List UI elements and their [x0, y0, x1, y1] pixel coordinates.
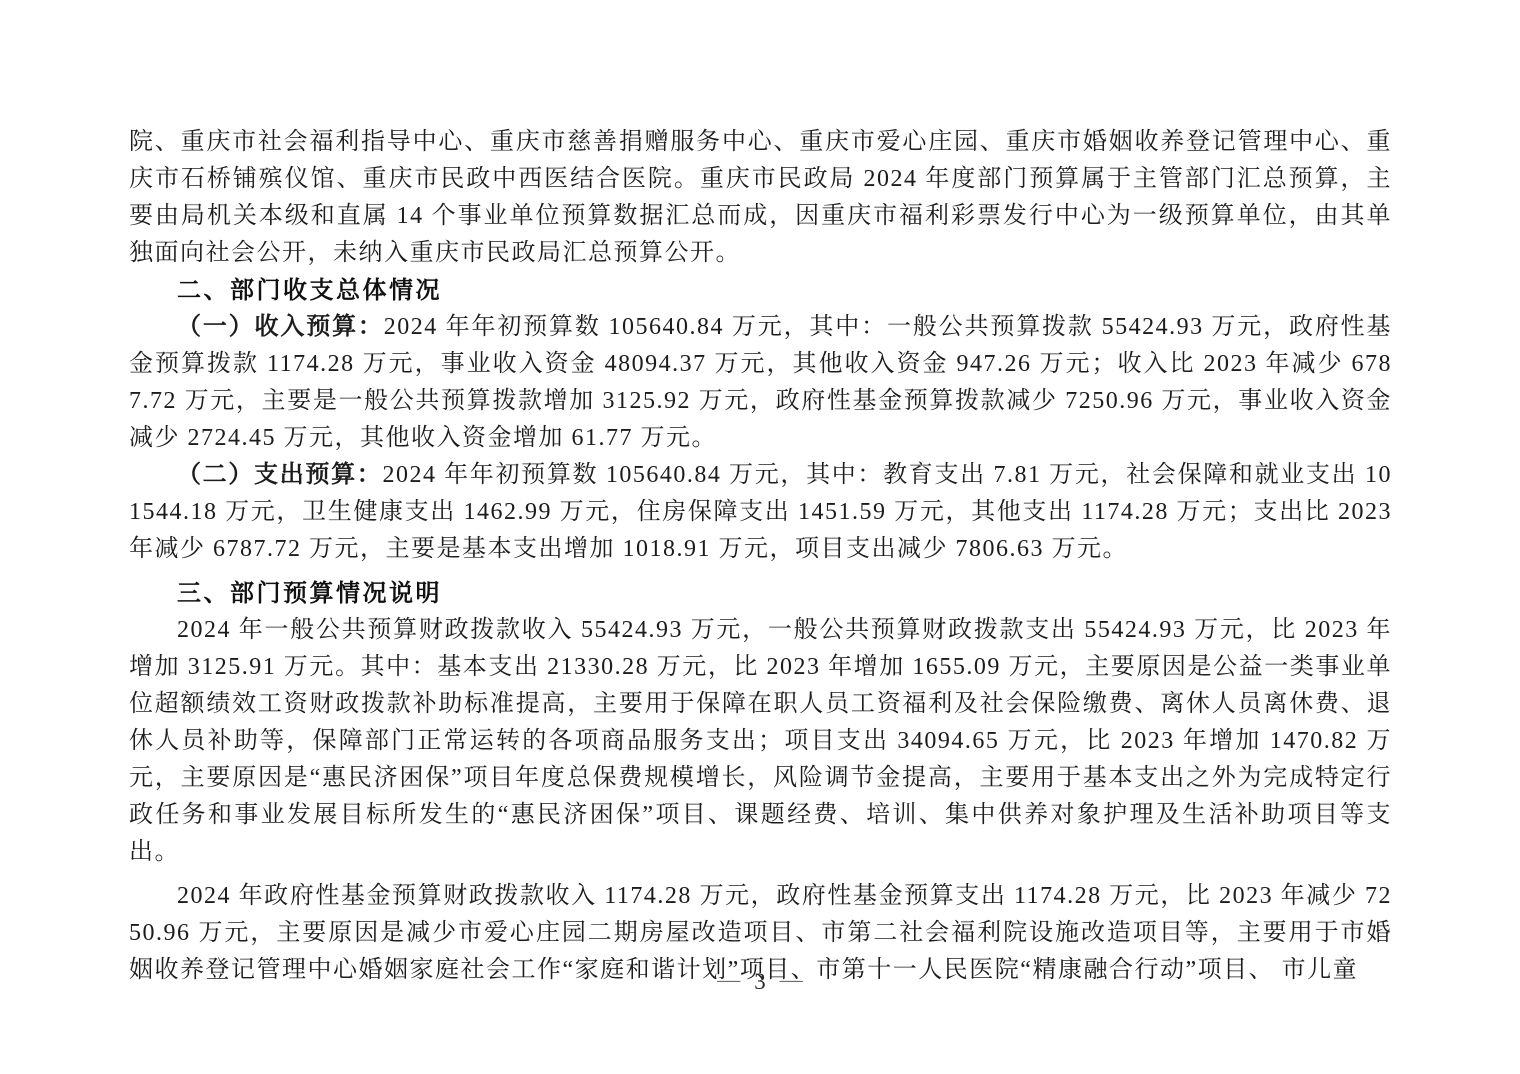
footer-right-dash: — [780, 967, 803, 992]
section-heading: 三、部门预算情况说明 [129, 575, 1392, 612]
paragraph: 院、重庆市社会福利指导中心、重庆市慈善捐赠服务中心、重庆市爱心庄园、重庆市婚姻收… [129, 124, 1392, 272]
paragraph-text: 2024 年一般公共预算财政拨款收入 55424.93 万元，一般公共预算财政拨… [129, 617, 1392, 865]
paragraph-lead-bold: （二）支出预算： [177, 462, 382, 488]
paragraph-lead-bold: 三、部门预算情况说明 [177, 580, 442, 607]
paragraph-text: 院、重庆市社会福利指导中心、重庆市慈善捐赠服务中心、重庆市爱心庄园、重庆市婚姻收… [129, 129, 1392, 266]
document-page: 院、重庆市社会福利指导中心、重庆市慈善捐赠服务中心、重庆市爱心庄园、重庆市婚姻收… [0, 0, 1520, 1074]
paragraph-lead-bold: 二、部门收支总体情况 [177, 277, 442, 304]
section-heading: 二、部门收支总体情况 [129, 272, 1392, 309]
paragraph: 2024 年一般公共预算财政拨款收入 55424.93 万元，一般公共预算财政拨… [129, 612, 1392, 871]
paragraph-lead-bold: （一）收入预算： [177, 314, 384, 340]
footer-left-dash: — [717, 967, 740, 992]
document-body: 院、重庆市社会福利指导中心、重庆市慈善捐赠服务中心、重庆市爱心庄园、重庆市婚姻收… [129, 124, 1392, 989]
paragraph: （二）支出预算：2024 年年初预算数 105640.84 万元，其中：教育支出… [129, 457, 1392, 568]
paragraph-text: 2024 年政府性基金预算财政拨款收入 1174.28 万元，政府性基金预算支出… [129, 883, 1392, 983]
page-number: 3 [754, 969, 766, 994]
paragraph: （一）收入预算：2024 年年初预算数 105640.84 万元，其中：一般公共… [129, 309, 1392, 457]
page-footer: —3— [0, 969, 1520, 995]
